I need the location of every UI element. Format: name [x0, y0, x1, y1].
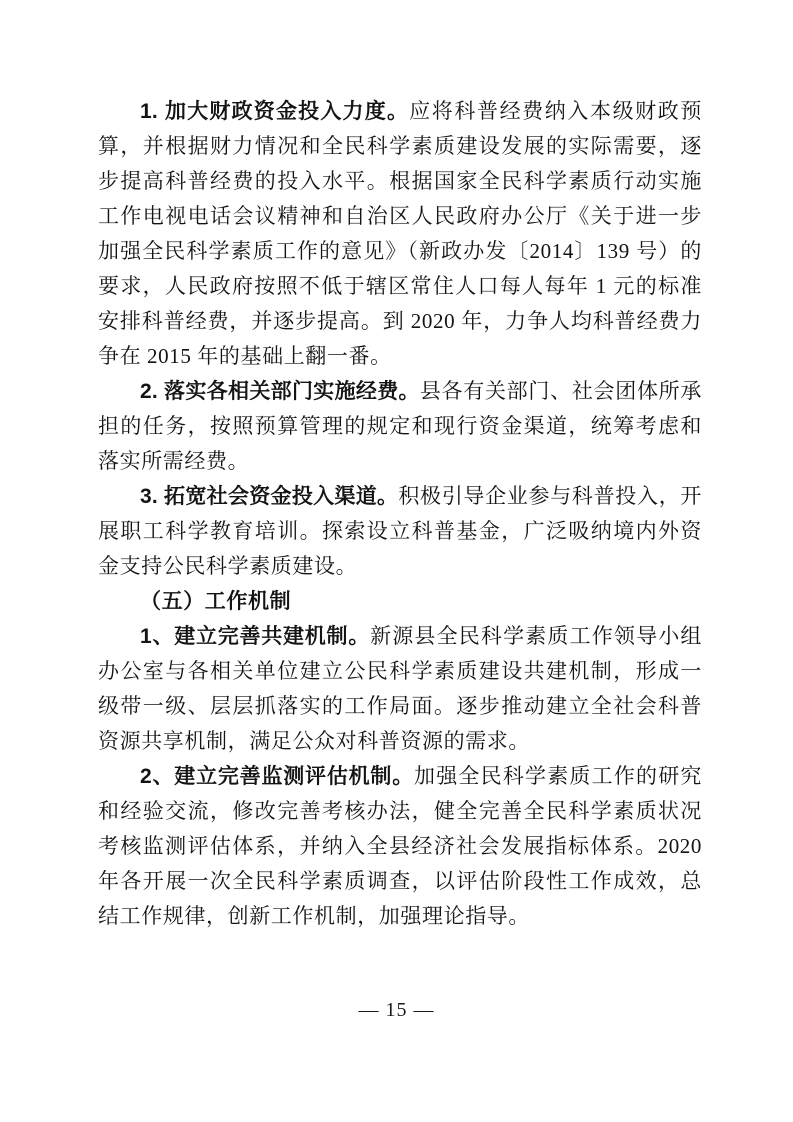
- paragraph-lead: 3. 拓宽社会资金投入渠道。: [140, 485, 398, 508]
- document-page: 1. 加大财政资金投入力度。应将科普经费纳入本级财政预算，并根据财力情况和全民科…: [0, 0, 793, 1122]
- paragraph-mechanism-1: 1、建立完善共建机制。新源县全民科学素质工作领导小组办公室与各相关单位建立公民科…: [98, 619, 702, 759]
- paragraph-funding-3: 3. 拓宽社会资金投入渠道。积极引导企业参与科普投入，开展职工科学教育培训。探索…: [98, 479, 702, 584]
- paragraph-lead: 2、建立完善监测评估机制。: [140, 765, 414, 788]
- paragraph-text: 应将科普经费纳入本级财政预算，并根据财力情况和全民科学素质建设发展的实际需要，逐…: [98, 99, 702, 368]
- paragraph-text: 加强全民科学素质工作的研究和经验交流，修改完善考核办法，健全完善全民科学素质状况…: [98, 764, 702, 928]
- page-number: — 15 —: [0, 996, 793, 1024]
- paragraph-mechanism-2: 2、建立完善监测评估机制。加强全民科学素质工作的研究和经验交流，修改完善考核办法…: [98, 759, 702, 934]
- paragraph-lead: 2. 落实各相关部门实施经费。: [140, 380, 420, 403]
- section-heading-work-mechanism: （五）工作机制: [98, 584, 702, 619]
- paragraph-lead: 1、建立完善共建机制。: [140, 625, 370, 648]
- paragraph-funding-1: 1. 加大财政资金投入力度。应将科普经费纳入本级财政预算，并根据财力情况和全民科…: [98, 94, 702, 374]
- paragraph-lead: 1. 加大财政资金投入力度。: [140, 100, 409, 123]
- paragraph-funding-2: 2. 落实各相关部门实施经费。县各有关部门、社会团体所承担的任务，按照预算管理的…: [98, 374, 702, 479]
- document-text-block: 1. 加大财政资金投入力度。应将科普经费纳入本级财政预算，并根据财力情况和全民科…: [98, 94, 702, 934]
